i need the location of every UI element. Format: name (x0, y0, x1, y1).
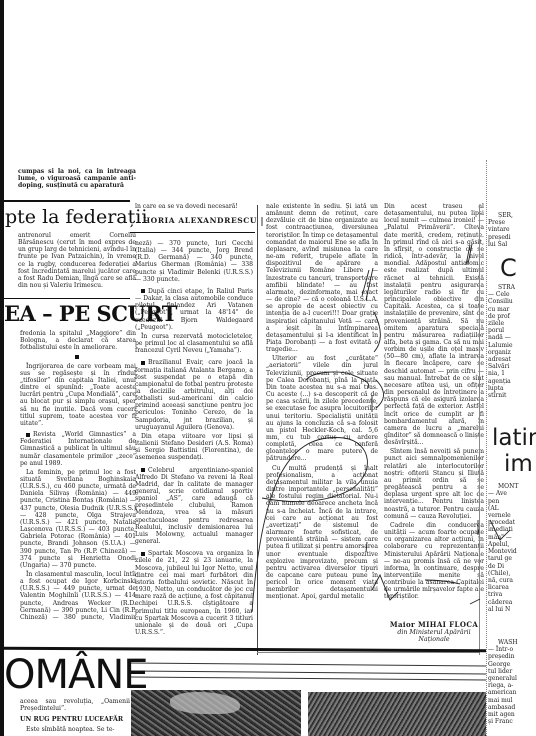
fragment-line: — Cele (488, 291, 536, 298)
paris-dakar-text: După cinci etape, în Raliul Paris — Daka… (135, 288, 253, 331)
fragment-line: Consiliu (488, 298, 536, 305)
fragment-line: mit agen (488, 711, 536, 718)
gym-ranking-continued: neză) — 370 puncte, Iuri Cecchi (Italia)… (135, 240, 253, 283)
fragment-line: MONT (498, 483, 536, 490)
di-stefano-paragraph: Celebrul argentiniano-spaniol Alfredo Di… (135, 467, 253, 546)
vila-paragraph: Cu multă prudență și înalt profesionalis… (266, 465, 378, 601)
fragment-line: Apelul, (488, 541, 536, 548)
fragment-line: generalul (488, 675, 536, 682)
di-stefano-text: Celebrul argentiniano-spaniol Alfredo Di… (135, 467, 253, 546)
teroristi-article-col1: nale existente în sediu. Și iată un amăn… (266, 203, 378, 635)
section-rule (4, 200, 130, 202)
fragment-line: licarea (488, 584, 536, 591)
column-divider (257, 205, 258, 655)
fragment-line: organiz (488, 349, 536, 356)
feminin-ranking-paragraph: La feminin, pe primul loc a fost situată… (20, 469, 136, 569)
evair-text: Brazilianul Evair, care joacă la formați… (135, 359, 253, 430)
sambata-paragraph: Este sîmbătă noaptea. Se te- (20, 726, 130, 733)
fragment-line: de Di (488, 563, 536, 570)
fragment-line: Montevid (488, 548, 536, 555)
fragment-line: STRA (498, 284, 536, 291)
fragment-line: tarul ge (488, 555, 536, 562)
fragment-line: stîrnit (488, 392, 536, 399)
ofiteri-paragraph: Sîntem însă nevoiți să punem punct aici … (384, 448, 484, 520)
column-divider-dotted (486, 160, 487, 736)
dorobanti-paragraph: Ulterior au fost „curățate” „aeriatorii”… (266, 355, 378, 462)
fragment-line: agenția (488, 378, 536, 385)
latin-headline-2: im (504, 451, 536, 477)
sport-briefs-column: neză) — 370 puncte, Iuri Cecchi (Italia)… (135, 240, 253, 645)
pe-scurt-column: fredonia la spitalul „Maggiore” din Bolo… (20, 330, 136, 620)
fragment-line: tul lider (488, 668, 536, 675)
fragment-line: nia, 1 (488, 370, 536, 377)
news-photo-right (308, 692, 486, 736)
presedinte-fragment: aceea sau revoluția, „Oamenii Președinte… (20, 698, 130, 712)
bullet-square-icon (26, 433, 30, 437)
right-edge-column: ȘER,Preșevintarepreședilui Sal C STRA— C… (488, 212, 536, 725)
fragment-line: ambasad (488, 704, 536, 711)
fragment-line: nadă — (488, 334, 536, 341)
fragment-line: președin (488, 653, 536, 660)
separator-square (20, 353, 136, 360)
luceafar-subhead: UN RUG PENTRU LUCEAFĂR (20, 716, 130, 723)
bottom-rule-thin (130, 662, 486, 666)
fragment-line: adresat (488, 356, 536, 363)
paris-dakar-paragraph: După cinci etape, în Raliul Paris — Daka… (135, 288, 253, 331)
fragment-line: pen (488, 498, 536, 505)
fragment-line: (AL (488, 505, 536, 512)
fragment-line: triva (488, 591, 536, 598)
montevideo-fragment: MONT— Avepen(ALverneleprocedatimediatimâ… (488, 483, 536, 613)
fragment-line: lui Sal (488, 241, 536, 248)
suspension-paragraph: Din etapa viitoare vor lipsi și italieni… (135, 433, 253, 462)
fragment-line: președi (488, 234, 536, 241)
moto-paragraph: În cursa rezervată motocicletelor, pe pr… (135, 333, 253, 354)
bottom-rule-thin (130, 676, 486, 680)
tifosi-paragraph: Îngrijorarea de care vorbeam mai sus se … (20, 363, 136, 427)
masculin-ranking-paragraph: În clasamentul masculin, locul întîi a f… (20, 571, 136, 620)
fragment-line: al lui N (488, 606, 536, 613)
fragment-line: mân" — (488, 534, 536, 541)
cadrele-paragraph: Cadrele din conducerea unității — acum f… (384, 522, 484, 601)
bullet-square-icon (141, 552, 145, 556)
fragment-line: imediati (488, 526, 536, 533)
fragment-line: procedat (488, 519, 536, 526)
world-gymnastics-paragraph: Revista „World Gimnastics” a Federației … (20, 431, 136, 467)
world-gymnastics-text: Revista „World Gimnastics” a Federației … (20, 431, 136, 467)
fragment-line: american (488, 689, 536, 696)
evair-paragraph: Brazilianul Evair, care joacă la formați… (135, 359, 253, 431)
fragment-line: cu mar (488, 306, 536, 313)
right-big-letter: C (500, 254, 536, 282)
strasbourg-fragment: STRA— CeleConsiliucu marde profzilelepor… (488, 284, 536, 399)
signature-name: Maior MIHAI FLOCA (384, 620, 484, 629)
bullet-square-icon (141, 289, 145, 293)
bullet-square-icon (75, 355, 79, 359)
federatii-text: antrenorul emerit Corneliu Bărsănescu (c… (18, 232, 136, 289)
fragment-line: nă, cura (488, 577, 536, 584)
byline-horia-alexandrescu: HORIA ALEXANDRESCU (143, 216, 257, 225)
section-rule (4, 298, 130, 299)
teroristi-article-col2: Din acest traseu al detașamentului, nu p… (384, 203, 484, 615)
fragment-line: zilele (488, 320, 536, 327)
fragment-line: porul (488, 327, 536, 334)
fragment-line: vernele (488, 512, 536, 519)
fragment-line: (Chile), (488, 570, 536, 577)
sercan-fragment: ȘER,Preșevintarepreședilui Sal (488, 212, 536, 248)
bottom-rule-thin (130, 670, 486, 674)
section-rule (130, 232, 255, 233)
federatii-article: antrenorul emerit Corneliu Bărsănescu (c… (18, 232, 136, 294)
bullet-square-icon (141, 468, 145, 472)
fragment-line: — Ave (488, 490, 536, 497)
fragment-line: Preșe (488, 219, 536, 226)
necesara-fragment: în care ea se va dovedi necesară! (135, 203, 253, 210)
fragment-line: Salvări (488, 363, 536, 370)
fragment-line: WASH (498, 639, 536, 646)
box-border-right (479, 205, 480, 655)
bottom-article: aceea sau revoluția, „Oamenii Președinte… (20, 698, 130, 736)
page-edge-shadow (0, 0, 4, 736)
washington-fragment: WASH— Într-opreședinGeorgetul lidergener… (488, 639, 536, 725)
fragment-line: mai mul (488, 697, 536, 704)
fragment-line: lupta (488, 385, 536, 392)
fragment-line: riega, a- (488, 682, 536, 689)
fragment-line: ȘER, (498, 212, 536, 219)
bullet-square-icon (141, 361, 145, 365)
maggiore-paragraph: fredonia la spitalul „Maggiore” din Bolo… (20, 330, 136, 351)
headline-federatii: pte la federații (5, 206, 147, 228)
spartak-text: Spartak Moscova va organiza în zilele de… (135, 550, 253, 636)
fragment-line: de prof (488, 313, 536, 320)
signature-organization: din Ministerul Apărării Naționale (384, 629, 484, 643)
box-border-bottom (257, 652, 480, 653)
antidoping-text: cumpas si la noi, ca in intreaga lume, o… (18, 168, 136, 189)
latin-headline-1: latin (492, 425, 536, 451)
spartak-paragraph: Spartak Moscova va organiza în zilele de… (135, 550, 253, 636)
fragment-line: și Franc (488, 718, 536, 725)
fragment-line: vintare (488, 226, 536, 233)
fragment-line: George (488, 661, 536, 668)
televiziune-paragraph: nale existente în sediu. Și iată un amăn… (266, 203, 378, 353)
col1-top-fragment: cumpas si la noi, ca in intreaga lume, o… (18, 168, 136, 191)
headline-romane: OMÂNE (4, 652, 148, 698)
palatul-primaverii-paragraph: Din acest traseu al detașamentului, nu p… (384, 203, 484, 446)
fragment-line: Lalumie (488, 342, 536, 349)
signature-block: Maior MIHAI FLOCA din Ministerul Apărări… (384, 620, 484, 643)
fragment-line: căderea (488, 599, 536, 606)
fragment-line: — Într-o (488, 646, 536, 653)
col2-top-fragment: în care ea se va dovedi necesară! (135, 203, 253, 212)
